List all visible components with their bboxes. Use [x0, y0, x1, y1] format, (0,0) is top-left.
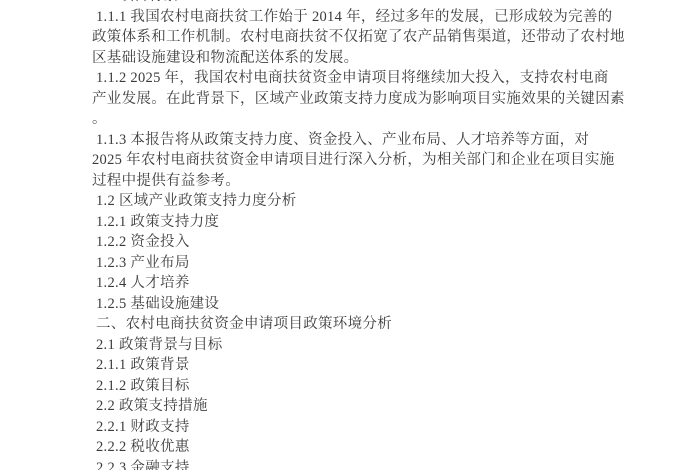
- document-line: 2.2.2 税收优惠: [92, 437, 622, 458]
- document-line: 二、农村电商扶贫资金申请项目政策环境分析: [92, 314, 622, 335]
- document-line: 1.2.2 资金投入: [92, 232, 622, 253]
- document-line: 产业发展。在此背景下，区域产业政策支持力度成为影响项目实施效果的关键因素: [92, 89, 622, 110]
- document-line: 1.1.1 我国农村电商扶贫工作始于 2014 年，经过多年的发展，已形成较为完…: [92, 7, 622, 28]
- document-line: 政策体系和工作机制。农村电商扶贫不仅拓宽了农产品销售渠道，还带动了农村地: [92, 27, 622, 48]
- document-line: 过程中提供有益参考。: [92, 171, 622, 192]
- document-line: 2.2.3 金融支持: [92, 458, 622, 470]
- document-line: 2.2.1 财政支持: [92, 417, 622, 438]
- document-line: 。: [92, 109, 622, 130]
- document-line: 2025 年农村电商扶贫资金申请项目进行深入分析，为相关部门和企业在项目实施: [92, 150, 622, 171]
- document-line: 2.1.2 政策目标: [92, 376, 622, 397]
- document-line: 2.1.1 政策背景: [92, 355, 622, 376]
- document-line: 1.1.2 2025 年，我国农村电商扶贫资金申请项目将继续加大投入，支持农村电…: [92, 68, 622, 89]
- document-line: 1.2.4 人才培养: [92, 273, 622, 294]
- document-line: 1.2.3 产业布局: [92, 253, 622, 274]
- document-line: 2.1 政策背景与目标: [92, 335, 622, 356]
- document-line: 1.2.5 基础设施建设: [92, 294, 622, 315]
- document-text-block: 1.1 项目背景1.1.1 我国农村电商扶贫工作始于 2014 年，经过多年的发…: [92, 0, 622, 470]
- document-line: 2.2 政策支持措施: [92, 396, 622, 417]
- document-line: 1.1.3 本报告将从政策支持力度、资金投入、产业布局、人才培养等方面，对: [92, 130, 622, 151]
- document-line: 区基础设施建设和物流配送体系的发展。: [92, 48, 622, 69]
- document-line: 1.2 区域产业政策支持力度分析: [92, 191, 622, 212]
- document-line: 1.2.1 政策支持力度: [92, 212, 622, 233]
